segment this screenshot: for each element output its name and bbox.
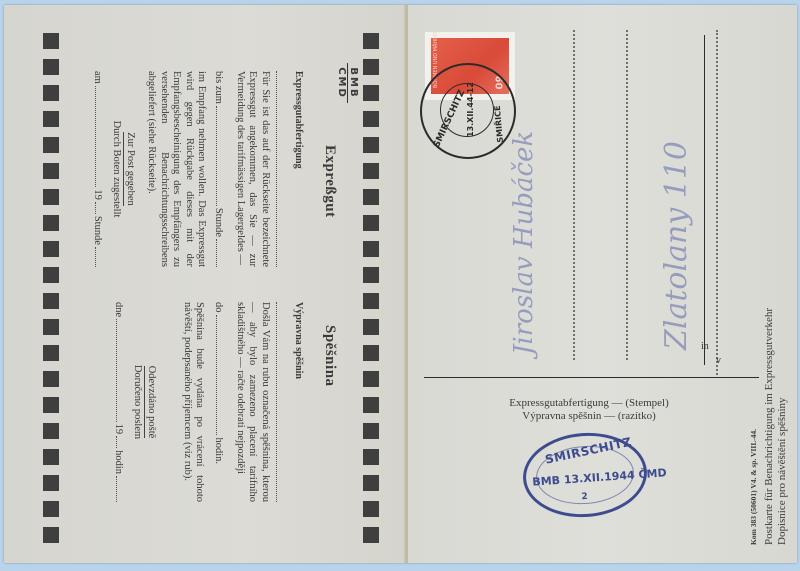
form-number: Kom 383 (50601) V4. & sp. VIII.-44. xyxy=(749,429,758,545)
perforation-hole xyxy=(43,475,59,491)
perforation-hole xyxy=(363,59,379,75)
logo-line-bmb: BMB xyxy=(348,63,359,103)
address-in-label: in xyxy=(701,341,709,352)
perforation-hole xyxy=(363,345,379,361)
german-delivery-options: Zur Post gegeben Durch Boten zugestellt xyxy=(110,71,137,267)
perforation-hole xyxy=(43,371,59,387)
perforation-hole xyxy=(363,267,379,283)
perforation-hole xyxy=(363,423,379,439)
perforation-hole xyxy=(363,371,379,387)
postmark-date: 13.XII.44-12 xyxy=(466,82,475,137)
form-title: Postkarte für Benachrichtigung im Expres… xyxy=(763,308,789,545)
perforation-hole xyxy=(43,345,59,361)
perforation-hole xyxy=(43,85,59,101)
czech-do-field[interactable]: dohodin. xyxy=(214,302,226,502)
perforation-hole xyxy=(43,111,59,127)
perforation-hole xyxy=(363,111,379,127)
perforation-hole xyxy=(363,527,379,543)
logo-line-cmd: ČMD xyxy=(336,63,348,103)
czech-paragraph-1: Došla Vám na rubu označená spěšnina, kte… xyxy=(234,302,272,502)
czech-option-messenger[interactable]: Doručeno poslem xyxy=(132,365,145,439)
perforation-hole xyxy=(363,501,379,517)
perforation-hole xyxy=(43,215,59,231)
perforation-hole xyxy=(363,33,379,49)
left-panel: BMB ČMD Expreßgut Expressgutabfertigung … xyxy=(4,5,406,563)
perforation-hole xyxy=(363,293,379,309)
perforation-hole xyxy=(43,449,59,465)
perforation-column-right xyxy=(363,33,379,543)
perforation-hole xyxy=(363,319,379,335)
perforation-hole xyxy=(363,215,379,231)
dotted-rule xyxy=(276,71,281,267)
handwritten-recipient-place: Zlatolany 110 xyxy=(659,141,694,350)
perforation-hole xyxy=(43,293,59,309)
caption-czech: Výpravna spěšnin — (razítko) xyxy=(424,410,754,423)
czech-option-post[interactable]: Odevzdáno poště xyxy=(145,366,159,439)
form-title-de: Postkarte für Benachrichtigung im Expres… xyxy=(763,308,776,545)
german-option-messenger[interactable]: Durch Boten zugestellt xyxy=(110,121,123,218)
perforation-hole xyxy=(363,397,379,413)
perforation-column-left xyxy=(43,33,59,543)
address-v-label: v xyxy=(716,355,721,366)
perforation-hole xyxy=(363,449,379,465)
czech-delivery-options: Odevzdáno poště Doručeno poslem xyxy=(132,302,159,502)
dotted-rule xyxy=(276,302,281,502)
perforation-hole xyxy=(43,189,59,205)
station-stamp-caption: Expressgutabfertigung — (Stempel) Výprav… xyxy=(424,397,754,423)
german-section: Für Sie ist das auf der Rückseite bezeic… xyxy=(92,71,289,267)
czech-date-field[interactable]: dne19hodin xyxy=(114,302,126,502)
german-title: Expreßgut xyxy=(321,145,339,218)
czech-paragraph-2: Spěšnina bude vydána po vrácení tohoto n… xyxy=(181,302,206,502)
perforation-hole xyxy=(43,137,59,153)
perforation-hole xyxy=(43,319,59,335)
address-line-1[interactable] xyxy=(573,30,575,360)
railway-logo: BMB ČMD xyxy=(336,63,359,103)
perforation-hole xyxy=(43,33,59,49)
czech-section: Došla Vám na rubu označená spěšnina, kte… xyxy=(114,302,290,502)
horizontal-rule xyxy=(424,377,759,378)
perforation-hole xyxy=(43,163,59,179)
czech-subtitle: Výpravna spěšnin xyxy=(291,302,309,379)
perforation-hole xyxy=(363,163,379,179)
perforation-hole xyxy=(363,189,379,205)
german-subtitle: Expressgutabfertigung xyxy=(291,71,309,169)
oval-stamp-number: 2 xyxy=(581,492,588,502)
perforation-hole xyxy=(43,501,59,517)
german-paragraph-2: im Empfang nehmen wollen. Das Expressgut… xyxy=(145,71,208,267)
german-date-field[interactable]: am19Stunde xyxy=(92,71,104,267)
german-option-post[interactable]: Zur Post gegeben xyxy=(123,132,137,206)
czech-title: Spěšnina xyxy=(321,325,339,387)
address-rule xyxy=(704,35,705,365)
german-bis-zum-field[interactable]: bis zumStunde xyxy=(214,71,226,267)
postcard: BMB ČMD Expreßgut Expressgutabfertigung … xyxy=(4,5,797,563)
address-line-3[interactable] xyxy=(716,30,718,375)
address-line-2[interactable] xyxy=(626,30,628,360)
perforation-hole xyxy=(43,59,59,75)
perforation-hole xyxy=(363,85,379,101)
caption-german: Expressgutabfertigung — (Stempel) xyxy=(424,397,754,410)
perforation-hole xyxy=(43,423,59,439)
perforation-hole xyxy=(43,267,59,283)
perforation-hole xyxy=(43,397,59,413)
form-title-cz: Dopisnice pro návěštění spěšniny xyxy=(776,308,789,545)
perforation-hole xyxy=(43,241,59,257)
perforation-hole xyxy=(363,241,379,257)
perforation-hole xyxy=(43,527,59,543)
handwritten-recipient-name: Jiroslav Hubáček xyxy=(509,131,539,355)
perforation-hole xyxy=(363,137,379,153)
german-paragraph-1: Für Sie ist das auf der Rückseite bezeic… xyxy=(234,71,272,267)
perforation-hole xyxy=(363,475,379,491)
